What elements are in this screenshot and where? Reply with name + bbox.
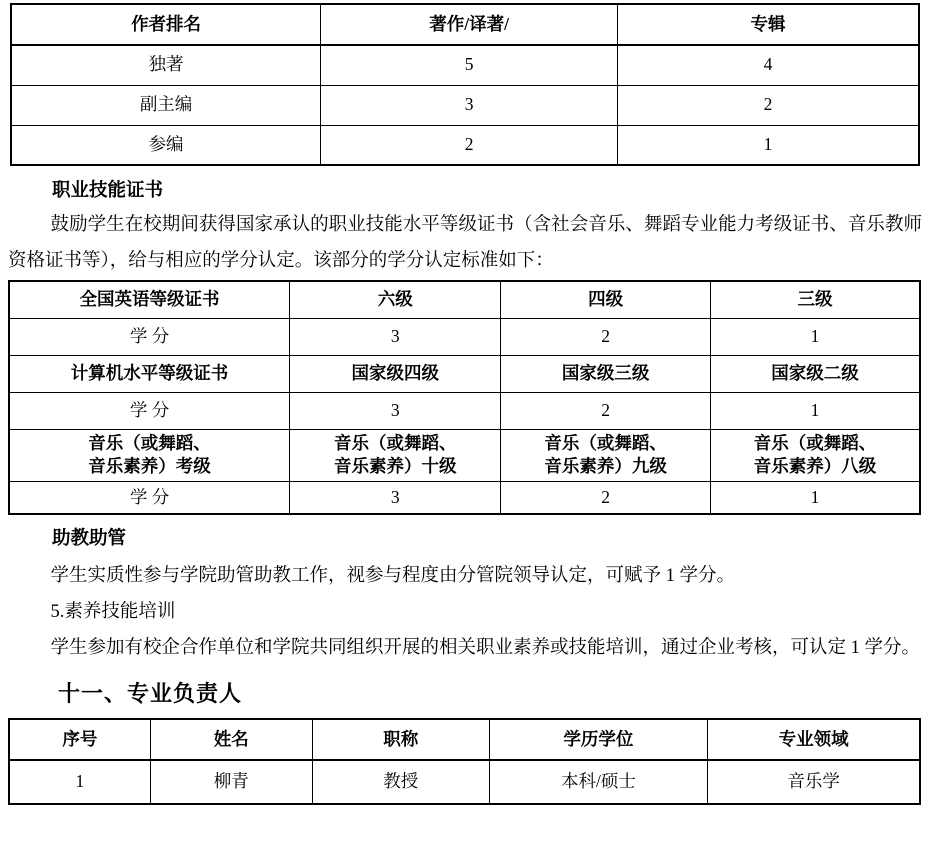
cell-level: 四级: [501, 281, 711, 318]
certificates-credit-table: 全国英语等级证书 六级 四级 三级 学 分 3 2 1 计算机水平等级证书 国家…: [8, 280, 921, 515]
cell-level: 国家级四级: [290, 355, 501, 392]
cell-credit-value: 3: [290, 392, 501, 429]
cell-level: 音乐（或舞蹈、 音乐素养）十级: [290, 429, 501, 481]
cell-professional-field: 音乐学: [708, 760, 920, 804]
table-row-english-cert: 全国英语等级证书 六级 四级 三级: [9, 281, 920, 318]
cell-level: 三级: [710, 281, 920, 318]
header-education-degree: 学历学位: [489, 719, 708, 760]
table-header-row: 作者排名 著作/译著/ 专辑: [11, 4, 919, 45]
skills-training-item-label: 5.素养技能培训: [8, 594, 922, 630]
header-title: 职称: [312, 719, 489, 760]
cell-level: 音乐（或舞蹈、 音乐素养）九级: [501, 429, 711, 481]
cell-english-cert: 全国英语等级证书: [9, 281, 290, 318]
program-leader-table: 序号 姓名 职称 学历学位 专业领域 1 柳青 教授 本科/硕士 音乐学: [8, 718, 921, 805]
cell-value: 2: [321, 125, 618, 165]
cell-name: 柳青: [150, 760, 312, 804]
cell-level: 六级: [290, 281, 501, 318]
cell-value: 4: [618, 45, 919, 85]
header-serial-number: 序号: [9, 719, 150, 760]
cell-value: 3: [321, 85, 618, 125]
assistant-heading: 助教助管: [52, 527, 922, 552]
vocational-certificates-heading: 职业技能证书: [52, 179, 922, 204]
header-album: 专辑: [618, 4, 919, 45]
author-ranking-table: 作者排名 著作/译著/ 专辑 独著 5 4 副主编 3 2 参编 2 1: [10, 3, 920, 166]
table-row-music-grading: 音乐（或舞蹈、 音乐素养）考级 音乐（或舞蹈、 音乐素养）十级 音乐（或舞蹈、 …: [9, 429, 920, 481]
cell-credit-value: 2: [501, 318, 711, 355]
cell-education-degree: 本科/硕士: [489, 760, 708, 804]
cell-credit-value: 1: [710, 392, 920, 429]
document-page: 作者排名 著作/译著/ 专辑 独著 5 4 副主编 3 2 参编 2 1 职业技…: [0, 0, 931, 846]
cell-value: 5: [321, 45, 618, 85]
skills-training-paragraph: 学生参加有校企合作单位和学院共同组织开展的相关职业素养或技能培训，通过企业考核，…: [8, 630, 922, 666]
table-row: 参编 2 1: [11, 125, 919, 165]
cell-sole-author: 独著: [11, 45, 321, 85]
cell-credit-label: 学 分: [9, 392, 290, 429]
table-row: 副主编 3 2: [11, 85, 919, 125]
cell-credit-value: 3: [290, 318, 501, 355]
cell-credit-label: 学 分: [9, 481, 290, 514]
header-works-translations: 著作/译著/: [321, 4, 618, 45]
cell-credit-label: 学 分: [9, 318, 290, 355]
cell-credit-value: 1: [710, 318, 920, 355]
cell-level: 国家级二级: [710, 355, 920, 392]
table-row-credit: 学 分 3 2 1: [9, 481, 920, 514]
cell-credit-value: 3: [290, 481, 501, 514]
cell-credit-value: 1: [710, 481, 920, 514]
vocational-certificates-paragraph: 鼓励学生在校期间获得国家承认的职业技能水平等级证书（含社会音乐、舞蹈专业能力考级…: [8, 207, 922, 279]
cell-deputy-editor: 副主编: [11, 85, 321, 125]
cell-level: 国家级三级: [501, 355, 711, 392]
cell-music-grading: 音乐（或舞蹈、 音乐素养）考级: [9, 429, 290, 481]
table-row-credit: 学 分 3 2 1: [9, 392, 920, 429]
cell-title: 教授: [312, 760, 489, 804]
program-leader-heading: 十一、专业负责人: [58, 679, 922, 708]
cell-contributor: 参编: [11, 125, 321, 165]
header-author-rank: 作者排名: [11, 4, 321, 45]
cell-credit-value: 2: [501, 481, 711, 514]
assistant-paragraph: 学生实质性参与学院助管助教工作，视参与程度由分管院领导认定，可赋予 1 学分。: [8, 558, 922, 594]
header-professional-field: 专业领域: [708, 719, 920, 760]
cell-computer-cert: 计算机水平等级证书: [9, 355, 290, 392]
table-header-row: 序号 姓名 职称 学历学位 专业领域: [9, 719, 920, 760]
cell-value: 1: [618, 125, 919, 165]
cell-serial-number: 1: [9, 760, 150, 804]
header-name: 姓名: [150, 719, 312, 760]
cell-value: 2: [618, 85, 919, 125]
table-row-computer-cert: 计算机水平等级证书 国家级四级 国家级三级 国家级二级: [9, 355, 920, 392]
table-row-credit: 学 分 3 2 1: [9, 318, 920, 355]
table-row-leader: 1 柳青 教授 本科/硕士 音乐学: [9, 760, 920, 804]
cell-credit-value: 2: [501, 392, 711, 429]
table-row: 独著 5 4: [11, 45, 919, 85]
cell-level: 音乐（或舞蹈、 音乐素养）八级: [710, 429, 920, 481]
